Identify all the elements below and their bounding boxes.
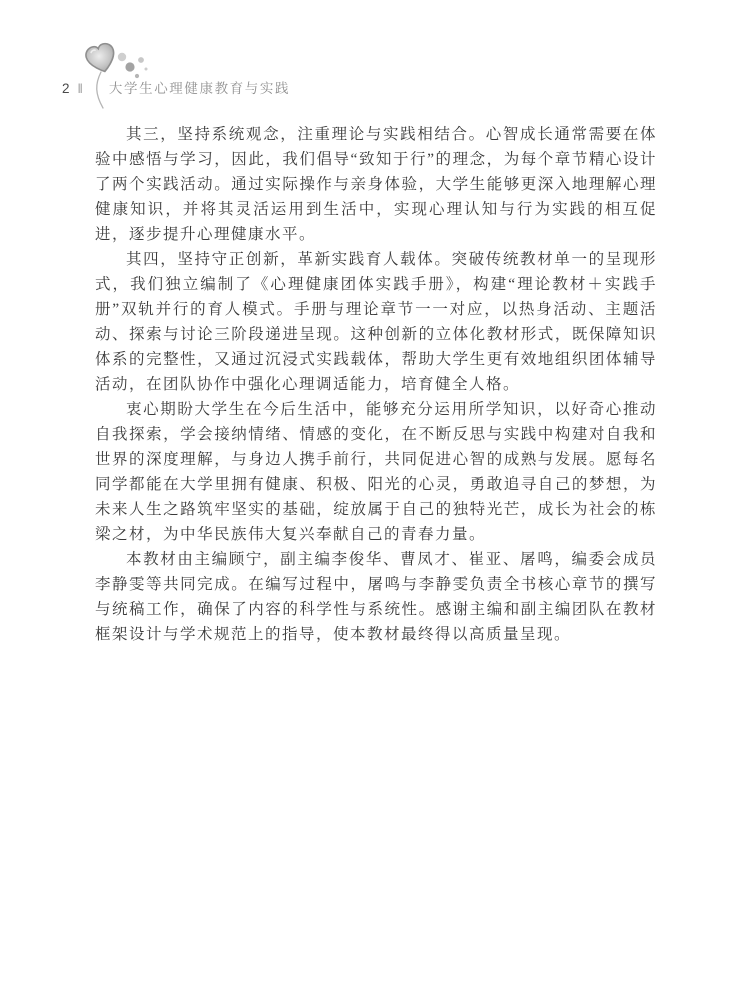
dots-decoration-icon <box>118 53 148 78</box>
paragraph-2: 其四，坚持守正创新，革新实践育人载体。突破传统教材单一的呈现形式，我们独立编制了… <box>95 247 657 397</box>
page-number: 2 <box>62 81 70 96</box>
page-header: 2 ‖ 大学生心理健康教育与实践 <box>62 77 290 97</box>
heart-icon <box>84 42 118 75</box>
header-separator: ‖ <box>78 81 83 96</box>
paragraph-4: 本教材由主编顾宁，副主编李俊华、曹凤才、崔亚、屠鸣，编委会成员李静雯等共同完成。… <box>95 547 657 647</box>
paragraph-1: 其三，坚持系统观念，注重理论与实践相结合。心智成长通常需要在体验中感悟与学习，因… <box>95 122 657 247</box>
book-page: 2 ‖ 大学生心理健康教育与实践 其三，坚持系统观念，注重理论与实践相结合。心智… <box>0 0 750 1000</box>
paragraph-3: 衷心期盼大学生在今后生活中，能够充分运用所学知识，以好奇心推动自我探索，学会接纳… <box>95 397 657 547</box>
book-title: 大学生心理健康教育与实践 <box>109 77 290 97</box>
body-text: 其三，坚持系统观念，注重理论与实践相结合。心智成长通常需要在体验中感悟与学习，因… <box>95 122 657 647</box>
